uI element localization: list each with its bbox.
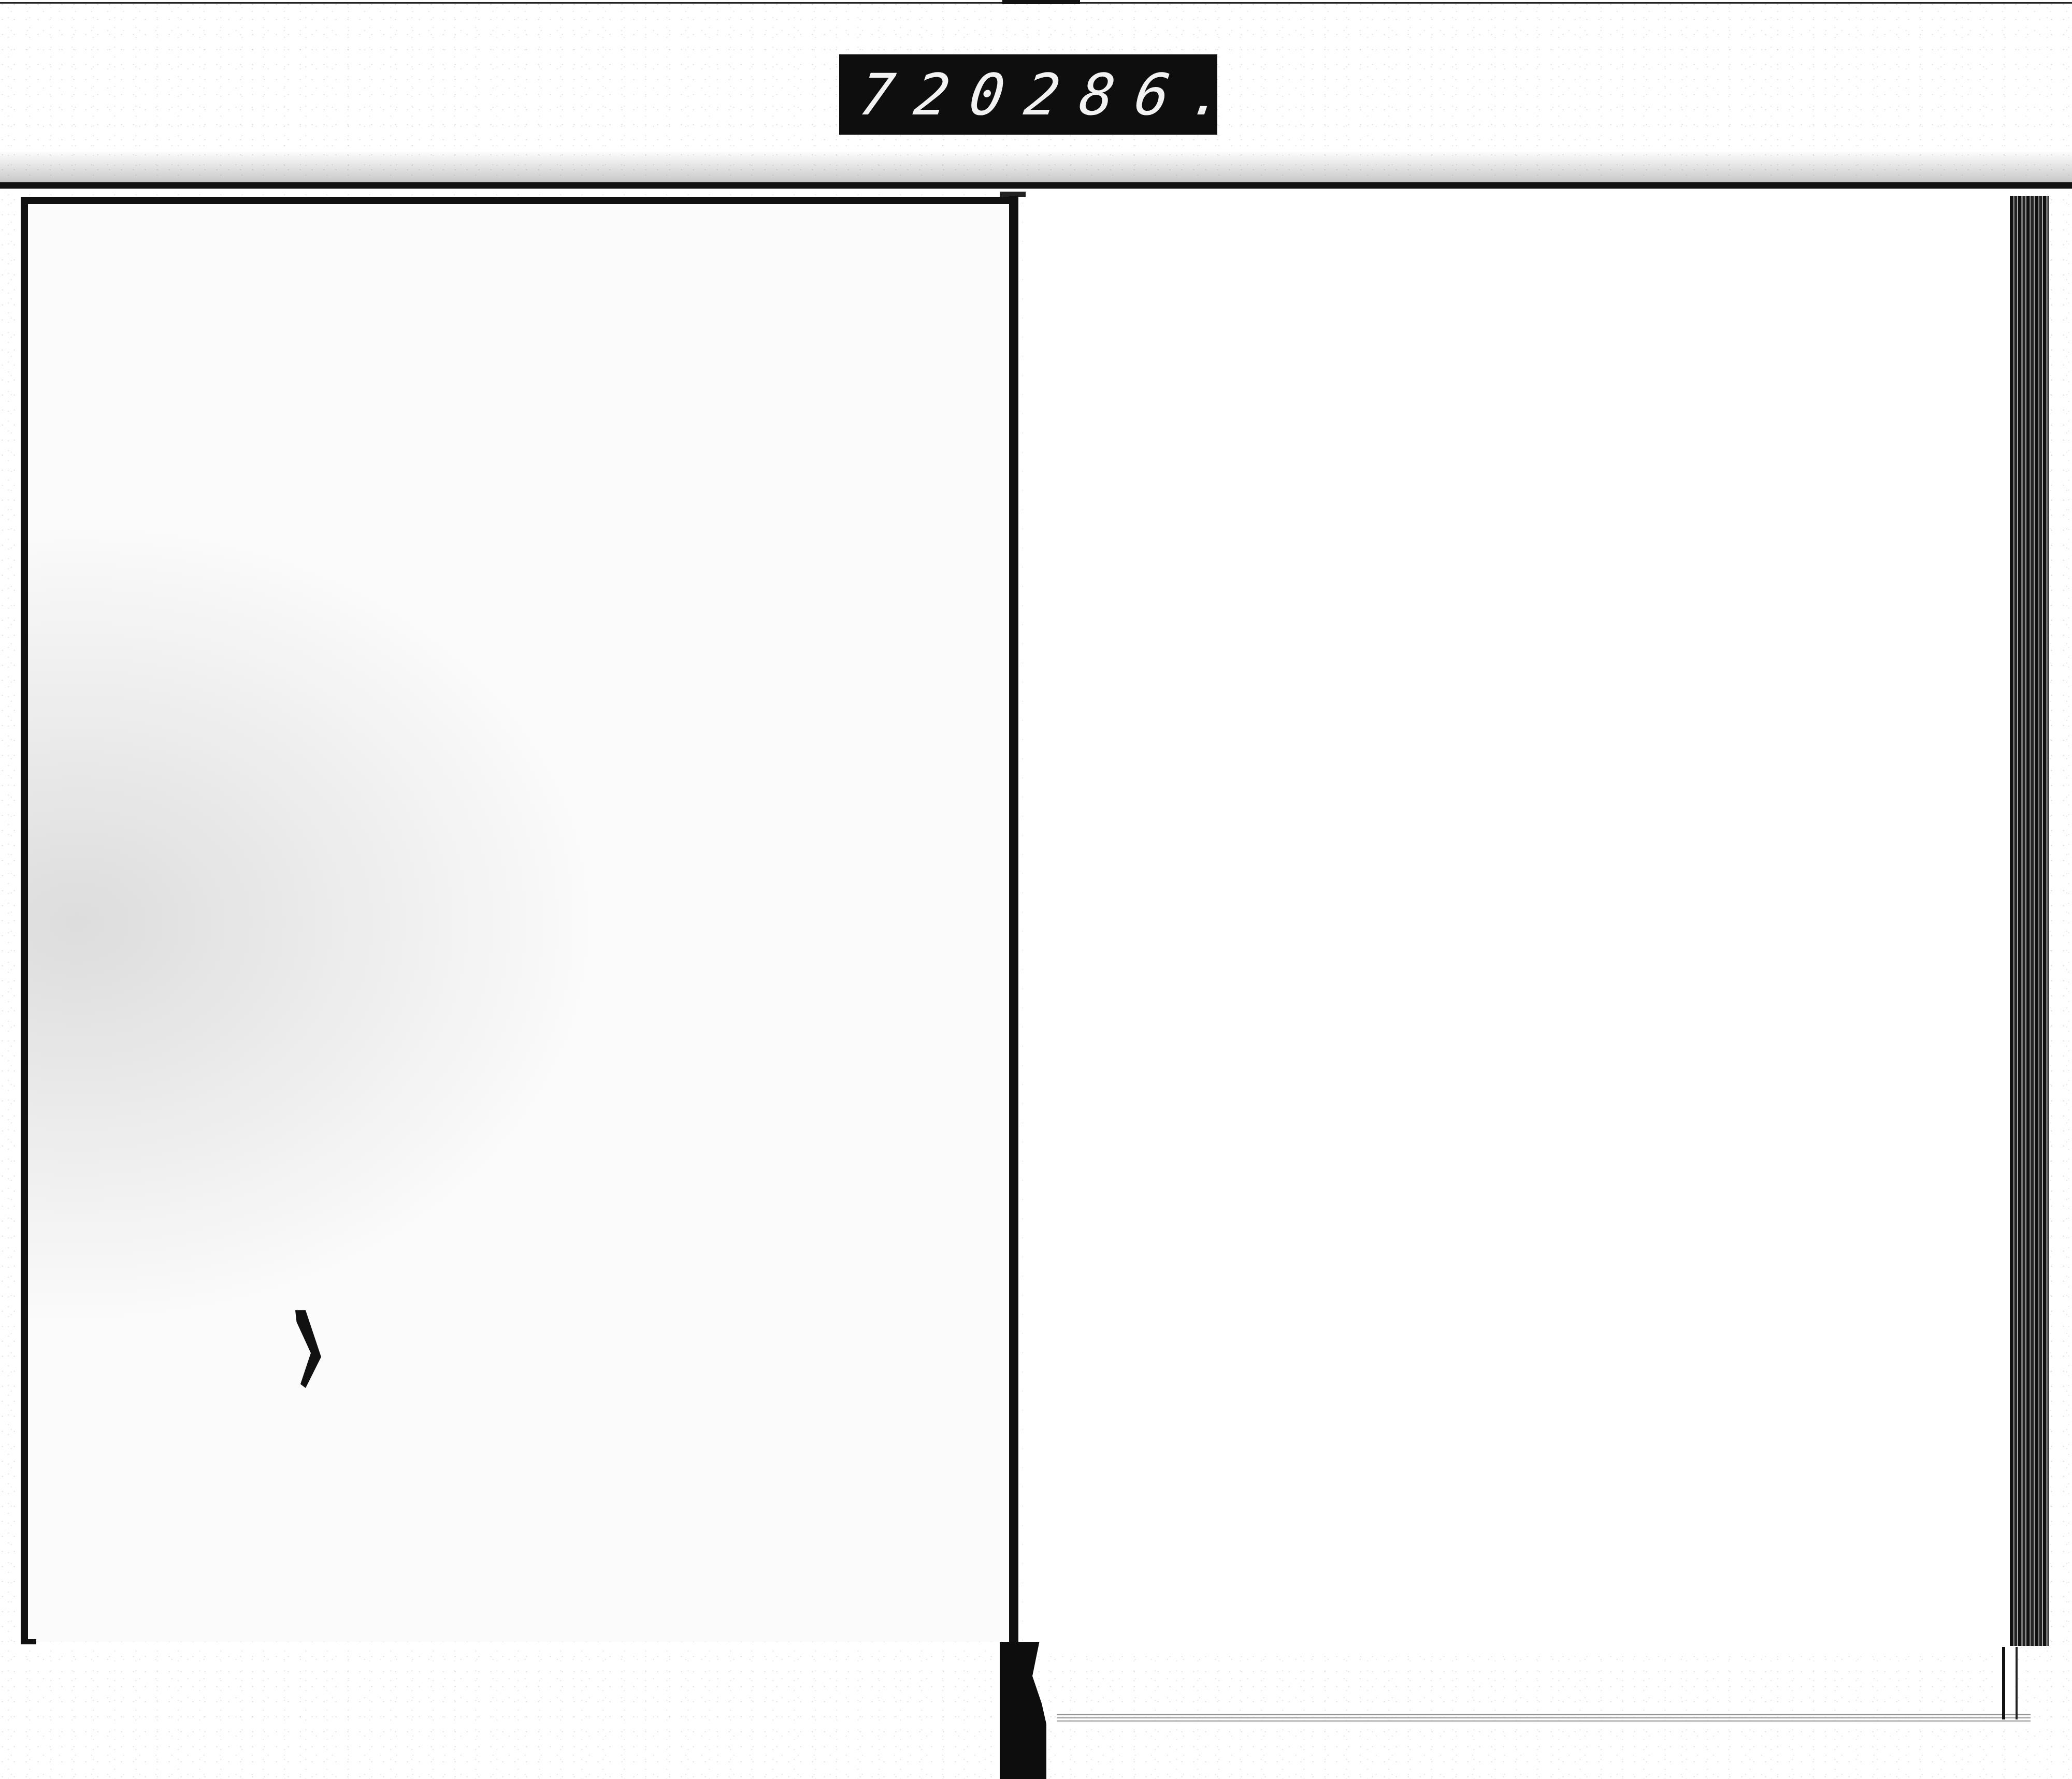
counter-left-value: 720 xyxy=(855,62,1030,128)
right-page-stack-edge xyxy=(2010,196,2049,1646)
frame-counter-display: 720 286. xyxy=(839,54,1217,135)
counter-right-value: 286. xyxy=(1020,62,1250,128)
book-spine xyxy=(1009,196,1018,1646)
book-top-edge xyxy=(0,182,2072,189)
left-page xyxy=(21,197,1010,1642)
right-page xyxy=(1023,191,2010,1656)
left-bottom-corner xyxy=(21,1639,36,1644)
spine-clamp xyxy=(1000,1642,1046,1779)
scan-top-mark xyxy=(1002,0,1080,4)
right-bottom-corner xyxy=(2002,1647,2018,1719)
bottom-page-stack-edge xyxy=(1057,1714,2031,1724)
